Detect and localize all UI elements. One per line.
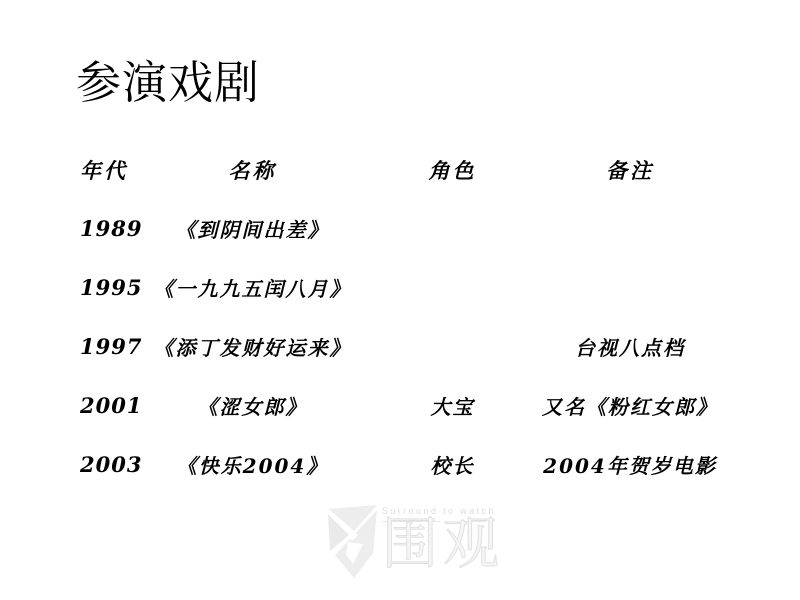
cell-role: 校长 <box>355 435 550 494</box>
weiguan-diamond-logo-icon <box>328 504 378 584</box>
watermark-tagline: Surround to watch <box>382 506 496 516</box>
cell-note <box>550 199 710 258</box>
cell-name: 《快乐2004》 <box>150 435 355 494</box>
cell-role <box>355 199 550 258</box>
cell-name: 《到阴间出差》 <box>150 199 355 258</box>
cell-year: 2001 <box>80 376 150 435</box>
watermark: Surround to watch 围观 <box>328 502 488 586</box>
cell-year: 1989 <box>80 199 150 258</box>
filmography-table: 年代 名称 角色 备注 1989 《到阴间出差》 1995 《一九九五闰八月》 … <box>80 140 710 494</box>
cell-year: 1997 <box>80 317 150 376</box>
cell-name: 《一九九五闰八月》 <box>150 258 355 317</box>
cell-role <box>355 317 550 376</box>
cell-note: 又名《粉红女郎》 <box>550 376 710 435</box>
cell-role: 大宝 <box>355 376 550 435</box>
cell-role <box>355 258 550 317</box>
cell-name: 《添丁发财好运来》 <box>150 317 355 376</box>
cell-note: 台视八点档 <box>550 317 710 376</box>
page-title: 参演戏剧 <box>76 46 260 111</box>
cell-year: 1995 <box>80 258 150 317</box>
column-header-year: 年代 <box>80 140 150 199</box>
watermark-brand: 围观 <box>382 516 504 575</box>
cell-year: 2003 <box>80 435 150 494</box>
column-header-note: 备注 <box>550 140 710 199</box>
column-header-name: 名称 <box>150 140 355 199</box>
cell-note <box>550 258 710 317</box>
cell-note: 2004年贺岁电影 <box>550 435 710 494</box>
watermark-divider-left <box>382 521 440 522</box>
watermark-divider-right <box>464 521 486 522</box>
column-header-role: 角色 <box>355 140 550 199</box>
slide-page: { "page": { "title": "参演戏剧" }, "colors":… <box>0 0 800 600</box>
cell-name: 《涩女郎》 <box>150 376 355 435</box>
